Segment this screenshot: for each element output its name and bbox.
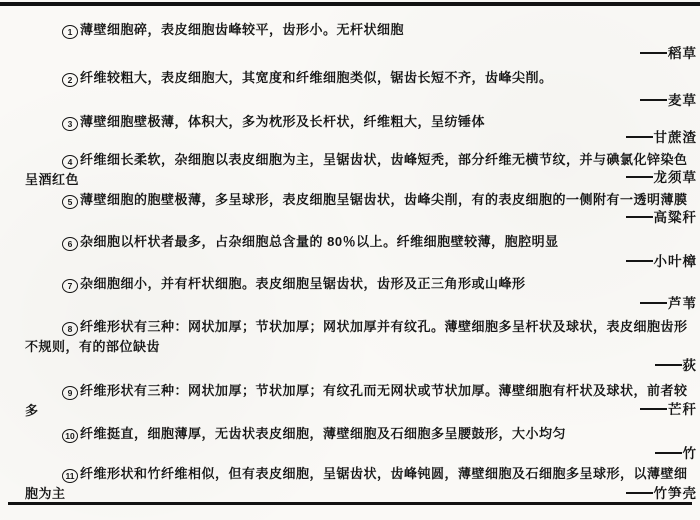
leader-line (655, 364, 682, 366)
target-label: 甘蔗渣 (654, 130, 698, 145)
entry-number-circle: 4 (62, 155, 78, 169)
entry-target-row: 麦草 (25, 93, 697, 109)
target-label: 高粱秆 (654, 210, 698, 225)
entry-target-row: 芦苇 (25, 296, 697, 312)
entry-number: 10 (65, 432, 74, 441)
entry-target-row: 高粱秆 (25, 210, 697, 226)
target-label: 竹笋壳 (654, 486, 698, 501)
target-label: 小叶樟 (654, 254, 698, 269)
entry-text: 杂细胞以杆状者最多，占杂细胞总含量的 80％以上。纤维细胞壁较薄，胞腔明显 (80, 234, 559, 249)
entry-number-circle: 1 (62, 25, 78, 39)
entry-description: 10纤维挺直，细胞薄厚，无齿状表皮细胞，薄壁细胞及石细胞多呈腰鼓形，大小均匀 (25, 424, 697, 444)
leader-line (626, 136, 653, 138)
entry-description: 3薄壁细胞壁极薄，体积大，多为枕形及长杆状，纤维粗大，呈纺锤体 (25, 112, 697, 132)
entry-number-circle: 9 (62, 386, 78, 400)
entry-number-circle: 2 (62, 73, 78, 87)
entry-number-circle: 11 (62, 469, 78, 483)
entry-description: 8纤维形状有三种：网状加厚；节状加厚；网状加厚并有纹孔。薄壁细胞多呈杆状及球状，… (25, 317, 697, 357)
leader-line (626, 216, 653, 218)
leader-line (640, 99, 667, 101)
entry-number: 4 (68, 158, 73, 167)
target-label: 稻草 (668, 46, 697, 61)
entry-description: 5薄壁细胞的胞壁极薄，多呈球形，表皮细胞呈锯齿状，齿峰尖削，有的表皮细胞的一侧附… (25, 190, 697, 210)
target-label: 麦草 (668, 93, 697, 108)
entry-description: 7杂细胞细小，并有杆状细胞。表皮细胞呈锯齿状，齿形及正三角形或山峰形 (25, 274, 697, 294)
leader-line (655, 452, 682, 454)
entry-text: 纤维挺直，细胞薄厚，无齿状表皮细胞，薄壁细胞及石细胞多呈腰鼓形，大小均匀 (80, 426, 566, 441)
entry-target-row: 龙须草 (25, 170, 697, 186)
entry-text: 薄壁细胞的胞壁极薄，多呈球形，表皮细胞呈锯齿状，齿峰尖削，有的表皮细胞的一侧附有… (80, 192, 688, 207)
entry-number-circle: 5 (62, 195, 78, 209)
entry-number-circle: 7 (62, 279, 78, 293)
document-page: 1薄壁细胞碎，表皮细胞齿峰较平，齿形小。无杆状细胞 稻草 2纤维较粗大，表皮细胞… (0, 0, 700, 520)
entry-number: 7 (68, 282, 73, 291)
leader-line (640, 302, 667, 304)
entry-text: 纤维较粗大，表皮细胞大，其宽度和纤维细胞类似，锯齿长短不齐，齿峰尖削。 (80, 70, 553, 85)
top-border-rule (0, 2, 700, 6)
entry-number: 9 (68, 389, 73, 398)
entry-target-row: 稻草 (25, 46, 697, 62)
entry-number: 3 (68, 120, 73, 129)
entry-number: 11 (66, 472, 75, 481)
entry-number-circle: 6 (62, 237, 78, 251)
entry-number: 8 (68, 325, 73, 334)
entry-target-row: 芒秆 (25, 402, 697, 418)
bottom-border-rule (8, 502, 692, 505)
entry-description: 2纤维较粗大，表皮细胞大，其宽度和纤维细胞类似，锯齿长短不齐，齿峰尖削。 (25, 68, 697, 88)
target-label: 荻 (683, 358, 698, 373)
entry-text: 薄壁细胞壁极薄，体积大，多为枕形及长杆状，纤维粗大，呈纺锤体 (80, 114, 485, 129)
entry-number: 2 (68, 76, 73, 85)
target-label: 竹 (683, 446, 698, 461)
entry-text: 纤维形状有三种：网状加厚；节状加厚；网状加厚并有纹孔。薄壁细胞多呈杆状及球状，表… (25, 319, 688, 354)
entry-target-row: 荻 (25, 358, 697, 374)
entry-number: 1 (68, 28, 73, 37)
entry-number: 6 (68, 240, 73, 249)
entry-text: 薄壁细胞碎，表皮细胞齿峰较平，齿形小。无杆状细胞 (80, 22, 404, 37)
leader-line (626, 176, 653, 178)
leader-line (626, 260, 653, 262)
entry-description: 6杂细胞以杆状者最多，占杂细胞总含量的 80％以上。纤维细胞壁较薄，胞腔明显 (25, 232, 697, 252)
leader-line (640, 52, 667, 54)
entry-number-circle: 10 (62, 429, 78, 443)
entry-target-row: 竹笋壳 (25, 486, 697, 502)
entry-target-row: 甘蔗渣 (25, 130, 697, 146)
entry-number-circle: 8 (62, 322, 78, 336)
leader-line (640, 408, 667, 410)
entry-target-row: 竹 (25, 446, 697, 462)
target-label: 芒秆 (668, 402, 697, 417)
target-label: 芦苇 (668, 296, 697, 311)
leader-line (626, 492, 653, 494)
target-label: 龙须草 (654, 170, 698, 185)
entry-description: 1薄壁细胞碎，表皮细胞齿峰较平，齿形小。无杆状细胞 (25, 20, 697, 40)
entry-target-row: 小叶樟 (25, 254, 697, 270)
entry-text: 杂细胞细小，并有杆状细胞。表皮细胞呈锯齿状，齿形及正三角形或山峰形 (80, 276, 526, 291)
entry-number: 5 (68, 198, 73, 207)
